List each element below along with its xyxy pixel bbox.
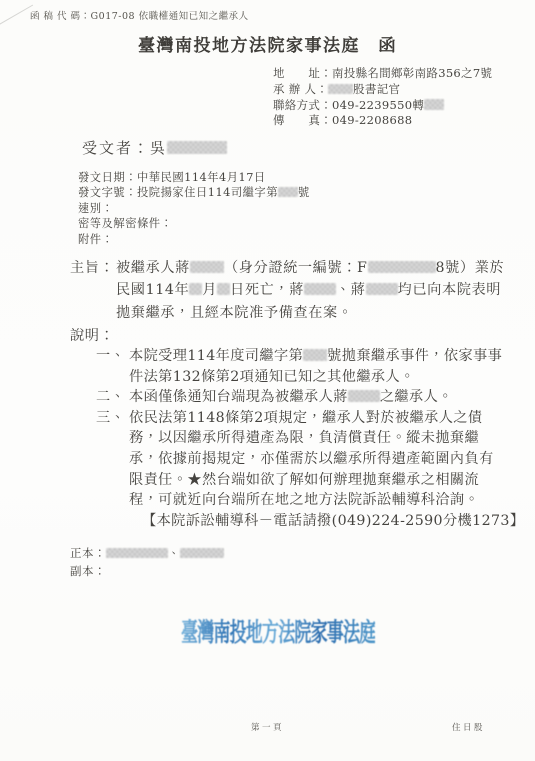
text-run: 民國114年 bbox=[116, 282, 189, 298]
redacted-text bbox=[278, 187, 298, 197]
text-run: 均已向本院表明 bbox=[398, 282, 502, 298]
contact-phone: 聯絡方式：049-2239550轉 bbox=[273, 98, 492, 114]
text-run: 之繼承人。 bbox=[380, 389, 453, 405]
redacted-text bbox=[217, 283, 230, 295]
text-run: 股書記官 bbox=[353, 82, 400, 96]
court-info-block: 地 址：南投縣名間鄉彰南路356之7號 承 辦 人：股書記官 聯絡方式：049-… bbox=[273, 66, 492, 129]
redacted-text bbox=[106, 548, 168, 558]
document-title: 臺灣南投地方法院家事法庭 函 bbox=[0, 31, 535, 56]
redacted-text bbox=[303, 349, 327, 361]
court-address: 地 址：南投縣名間鄉彰南路356之7號 bbox=[273, 66, 492, 82]
item-number: 三、 bbox=[96, 408, 129, 532]
text-run: 、蔣 bbox=[336, 282, 366, 298]
explanation-item-1: 一、 本院受理114年度司繼字第號拋棄繼承事件，依家事事件法第132條第2項通知… bbox=[96, 346, 524, 387]
redacted-text bbox=[180, 548, 224, 558]
item-number: 二、 bbox=[96, 387, 129, 408]
redacted-text bbox=[348, 390, 380, 402]
subject-content: 被繼承人蔣（身分證統一編號：F8號）業於民國114年月日死亡，蔣、蔣均已向本院表… bbox=[116, 257, 504, 324]
text-run: 、 bbox=[168, 546, 180, 560]
item-number: 一、 bbox=[96, 346, 129, 387]
copy-recipients-line: 副本： bbox=[70, 563, 224, 581]
text-run: 地 址：南投縣名間鄉彰南路356之7號 bbox=[273, 66, 492, 80]
original-recipients-line: 正本：、 bbox=[70, 545, 224, 563]
text-run: 發文日期：中華民國114年4月17日 bbox=[78, 171, 266, 184]
attachment-line: 附件： bbox=[78, 232, 310, 247]
explanation-items: 一、 本院受理114年度司繼字第號拋棄繼承事件，依家事事件法第132條第2項通知… bbox=[96, 346, 524, 531]
document-page: 函 稿 代 碼：G017-08 依職權通知已知之繼承人 臺灣南投地方法院家事法庭… bbox=[0, 0, 535, 761]
contact-note: 【本院訴訟輔導科－電話請撥(049)224-2590分機1273】 bbox=[142, 511, 524, 532]
redacted-text bbox=[424, 99, 444, 109]
speed-class-line: 速別： bbox=[78, 201, 310, 216]
text-run: 本院受理114年度司繼字第 bbox=[129, 348, 303, 364]
text-run: 本函僅係通知台端現為被繼承人蔣 bbox=[129, 389, 348, 405]
explanation-label: 說明： bbox=[70, 325, 114, 345]
text-run: 程，可就近向台端所在地之地方法院訴訟輔導科洽詢。 bbox=[129, 492, 479, 508]
text-run: 8號）業於 bbox=[436, 260, 505, 276]
text-run: 傳 真：049-2208688 bbox=[273, 113, 412, 127]
scan-artifact-line bbox=[0, 5, 33, 29]
explanation-item-3: 三、 依民法第1148條第2項規定，繼承人對於被繼承人之債務，以因繼承所得遺產為… bbox=[96, 408, 524, 532]
contact-person: 承 辦 人：股書記官 bbox=[273, 82, 492, 98]
text-run: 拋棄繼承，且經本院准予備查在案。 bbox=[116, 305, 353, 321]
text-run: 號拋棄繼承事件，依家事事 bbox=[327, 348, 502, 364]
text-run: 限責任。★然台端如欲了解如何辦理拋棄繼承之相關流 bbox=[129, 472, 479, 488]
text-run: （身分證統一編號：F bbox=[224, 260, 368, 276]
text-run: 號 bbox=[298, 186, 310, 199]
division-label: 住日股 bbox=[452, 721, 485, 733]
redacted-text bbox=[368, 261, 436, 273]
text-run: 副本： bbox=[70, 564, 106, 578]
reference-number-line: 發文字號：投院揚家住日114司繼字第號 bbox=[78, 185, 310, 200]
item-content: 本院受理114年度司繼字第號拋棄繼承事件，依家事事件法第132條第2項通知已知之… bbox=[129, 346, 502, 387]
text-run: 速別： bbox=[78, 202, 113, 215]
text-run: 密等及解密條件： bbox=[78, 217, 172, 230]
redacted-text bbox=[190, 261, 224, 273]
text-run: 依民法第1148條第2項規定，繼承人對於被繼承人之債 bbox=[129, 410, 482, 426]
item-content: 本函僅係通知台端現為被繼承人蔣之繼承人。 bbox=[129, 387, 489, 408]
recipient-line: 受文者：吳 bbox=[82, 137, 227, 158]
text-run: 月 bbox=[202, 282, 217, 298]
redacted-text bbox=[366, 283, 398, 295]
text-run: 發文字號：投院揚家住日114司繼字第 bbox=[78, 186, 278, 199]
text-run: 務，以因繼承所得遺產為限，負清償責任。縱未拋棄繼 bbox=[129, 430, 479, 446]
court-stamp: 臺灣南投地方法院家事法庭 bbox=[181, 611, 375, 649]
text-run: 正本： bbox=[70, 546, 106, 560]
redacted-text bbox=[304, 283, 336, 295]
subject-section: 主旨： 被繼承人蔣（身分證統一編號：F8號）業於民國114年月日死亡，蔣、蔣均已… bbox=[70, 257, 504, 324]
text-run: 聯絡方式：049-2239550轉 bbox=[273, 98, 424, 112]
text-run: 件法第132條第2項通知已知之其他繼承人。 bbox=[129, 369, 415, 385]
subject-label: 主旨： bbox=[70, 257, 116, 324]
text-run: 被繼承人蔣 bbox=[116, 260, 190, 276]
explanation-item-2: 二、 本函僅係通知台端現為被繼承人蔣之繼承人。 bbox=[96, 387, 524, 408]
meta-block: 發文日期：中華民國114年4月17日 發文字號：投院揚家住日114司繼字第號 速… bbox=[78, 170, 310, 247]
security-class-line: 密等及解密條件： bbox=[78, 216, 310, 231]
form-code-line: 函 稿 代 碼：G017-08 依職權通知已知之繼承人 bbox=[30, 8, 249, 22]
redacted-text bbox=[189, 283, 202, 295]
redacted-text bbox=[328, 84, 353, 94]
redacted-text bbox=[167, 141, 227, 154]
item-content: 依民法第1148條第2項規定，繼承人對於被繼承人之債務，以因繼承所得遺產為限，負… bbox=[129, 408, 524, 511]
distribution-block: 正本：、 副本： bbox=[70, 545, 224, 580]
text-run: 日死亡，蔣 bbox=[230, 282, 304, 298]
text-run: 承，依據前揭規定，亦僅需於以繼承所得遺產範圍內負有 bbox=[129, 451, 494, 467]
text-run: 承 辦 人： bbox=[273, 82, 328, 96]
issue-date-line: 發文日期：中華民國114年4月17日 bbox=[78, 170, 310, 185]
fax-number: 傳 真：049-2208688 bbox=[273, 113, 492, 129]
text-run: 附件： bbox=[78, 233, 113, 246]
text-run: 受文者：吳 bbox=[82, 139, 167, 157]
